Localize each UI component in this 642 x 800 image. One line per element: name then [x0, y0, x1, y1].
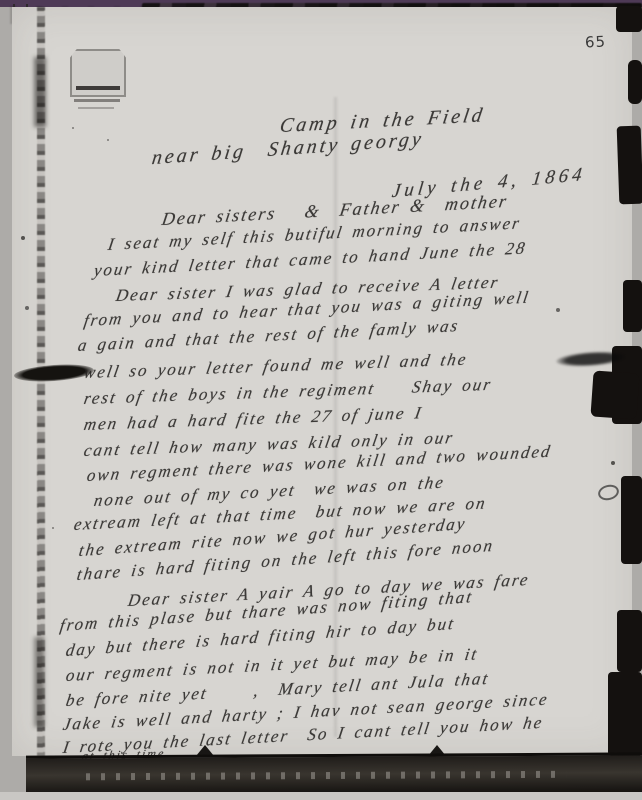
stamp-bar	[76, 86, 120, 90]
binding-band	[26, 752, 642, 796]
ink-blot	[617, 610, 642, 672]
scan-bottom-strip	[0, 792, 642, 800]
ink-blot	[590, 370, 639, 419]
ink-blot	[621, 476, 642, 564]
stamp-underline	[74, 99, 120, 102]
stamp-mark	[70, 49, 126, 97]
ink-specks	[12, 7, 14, 9]
letter-page: 65 Camp in the Fieldnear big Shanty geor…	[12, 7, 632, 756]
scan-background: { "document": { "page_number": "65", "pa…	[0, 0, 642, 800]
crease-smudge-top	[34, 57, 46, 127]
ink-blot	[616, 6, 642, 32]
crease-smudge-bottom	[34, 637, 44, 727]
page-number: 65	[585, 32, 607, 51]
ink-blot	[617, 126, 642, 205]
binding-dots	[86, 771, 566, 781]
ink-blot	[623, 280, 642, 332]
ink-blot	[608, 672, 642, 756]
scribble-mark	[596, 483, 620, 503]
ink-blot	[628, 60, 642, 104]
stamp-underline-faint	[78, 107, 114, 109]
